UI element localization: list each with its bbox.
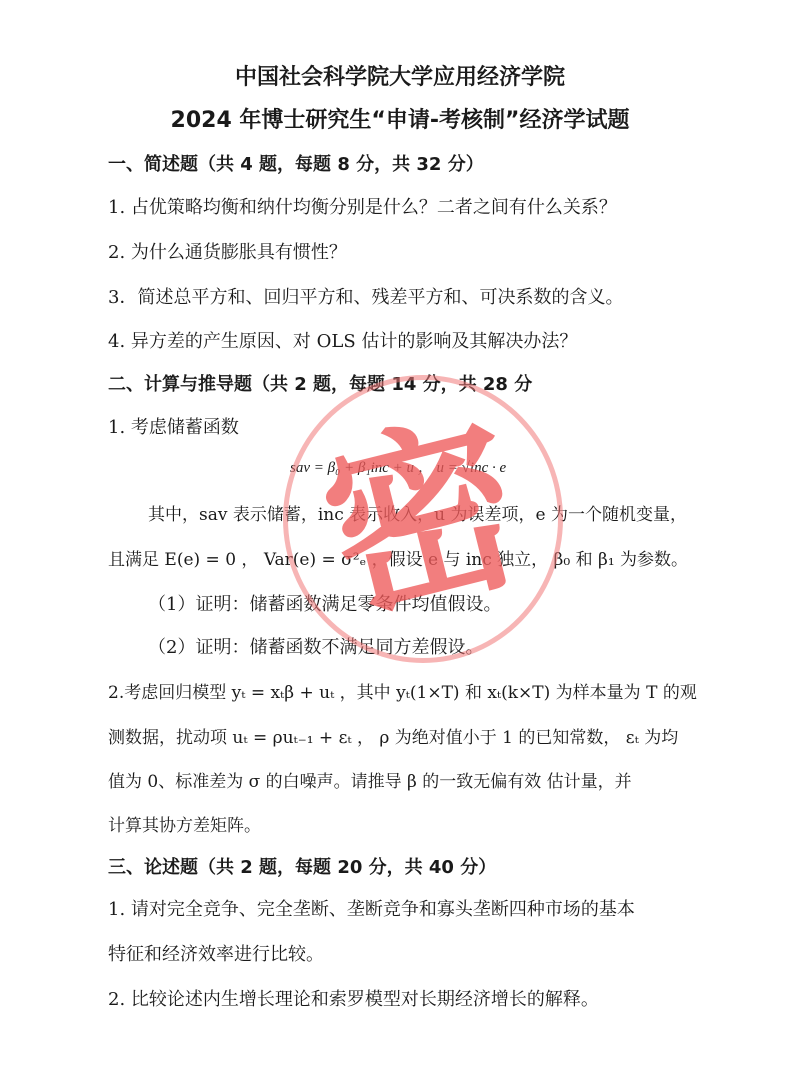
exam-title: 2024 年博士研究生“申请-考核制”经济学试题	[0, 103, 800, 134]
section-2-question-1-intro: 1. 考虑储蓄函数	[108, 413, 239, 439]
section-3-question-1-line-2: 特征和经济效率进行比较。	[108, 940, 324, 966]
section-2-question-2-line-1: 2.考虑回归模型 yₜ = xₜβ + uₜ ，其中 yₜ(1×T) 和 xₜ(…	[108, 678, 697, 703]
section-1-question-4: 4. 异方差的产生原因、对 OLS 估计的影响及其解决办法？	[108, 327, 577, 353]
section-2-heading: 二、计算与推导题（共 2 题，每题 14 分，共 28 分	[108, 370, 532, 396]
section-2-question-2-line-4: 计算其协方差矩阵。	[108, 811, 261, 836]
section-2-question-2-line-3: 值为 0、标准差为 σ 的白噪声。请推导 β 的一致无偏有效 估计量，并	[108, 767, 632, 792]
section-3-heading: 三、论述题（共 2 题，每题 20 分，共 40 分）	[108, 853, 496, 879]
section-2-question-1-line-1: 其中，sav 表示储蓄，inc 表示收入，u 为误差项，e 为一个随机变量，	[148, 500, 687, 525]
section-1-heading: 一、简述题（共 4 题，每题 8 分，共 32 分）	[108, 150, 484, 176]
section-3-question-1-line-1: 1. 请对完全竞争、完全垄断、垄断竞争和寡头垄断四种市场的基本	[108, 895, 635, 921]
section-3-question-2: 2. 比较论述内生增长理论和索罗模型对长期经济增长的解释。	[108, 985, 599, 1011]
section-1-question-3: 3．简述总平方和、回归平方和、残差平方和、可决系数的含义。	[108, 283, 623, 309]
exam-page: 中国社会科学院大学应用经济学院 2024 年博士研究生“申请-考核制”经济学试题…	[0, 0, 800, 1069]
institution-title: 中国社会科学院大学应用经济学院	[0, 60, 800, 91]
section-2-question-2-line-2: 测数据，扰动项 uₜ = ρuₜ₋₁ + εₜ ， ρ 为绝对值小于 1 的已知…	[108, 723, 678, 748]
section-2-question-1-part-1: （1）证明：储蓄函数满足零条件均值假设。	[148, 590, 501, 616]
section-2-question-1-part-2: （2）证明：储蓄函数不满足同方差假设。	[148, 633, 483, 659]
section-1-question-1: 1. 占优策略均衡和纳什均衡分别是什么？二者之间有什么关系？	[108, 193, 617, 219]
section-2-question-1-line-2: 且满足 E(e) = 0 ， Var(e) = σ²ₑ ，假设 e 与 inc …	[108, 545, 688, 570]
section-1-question-2: 2. 为什么通货膨胀具有惯性？	[108, 238, 347, 264]
savings-function-formula: sav = β₀ + β₁inc + u ， u = √inc · e	[290, 456, 506, 477]
